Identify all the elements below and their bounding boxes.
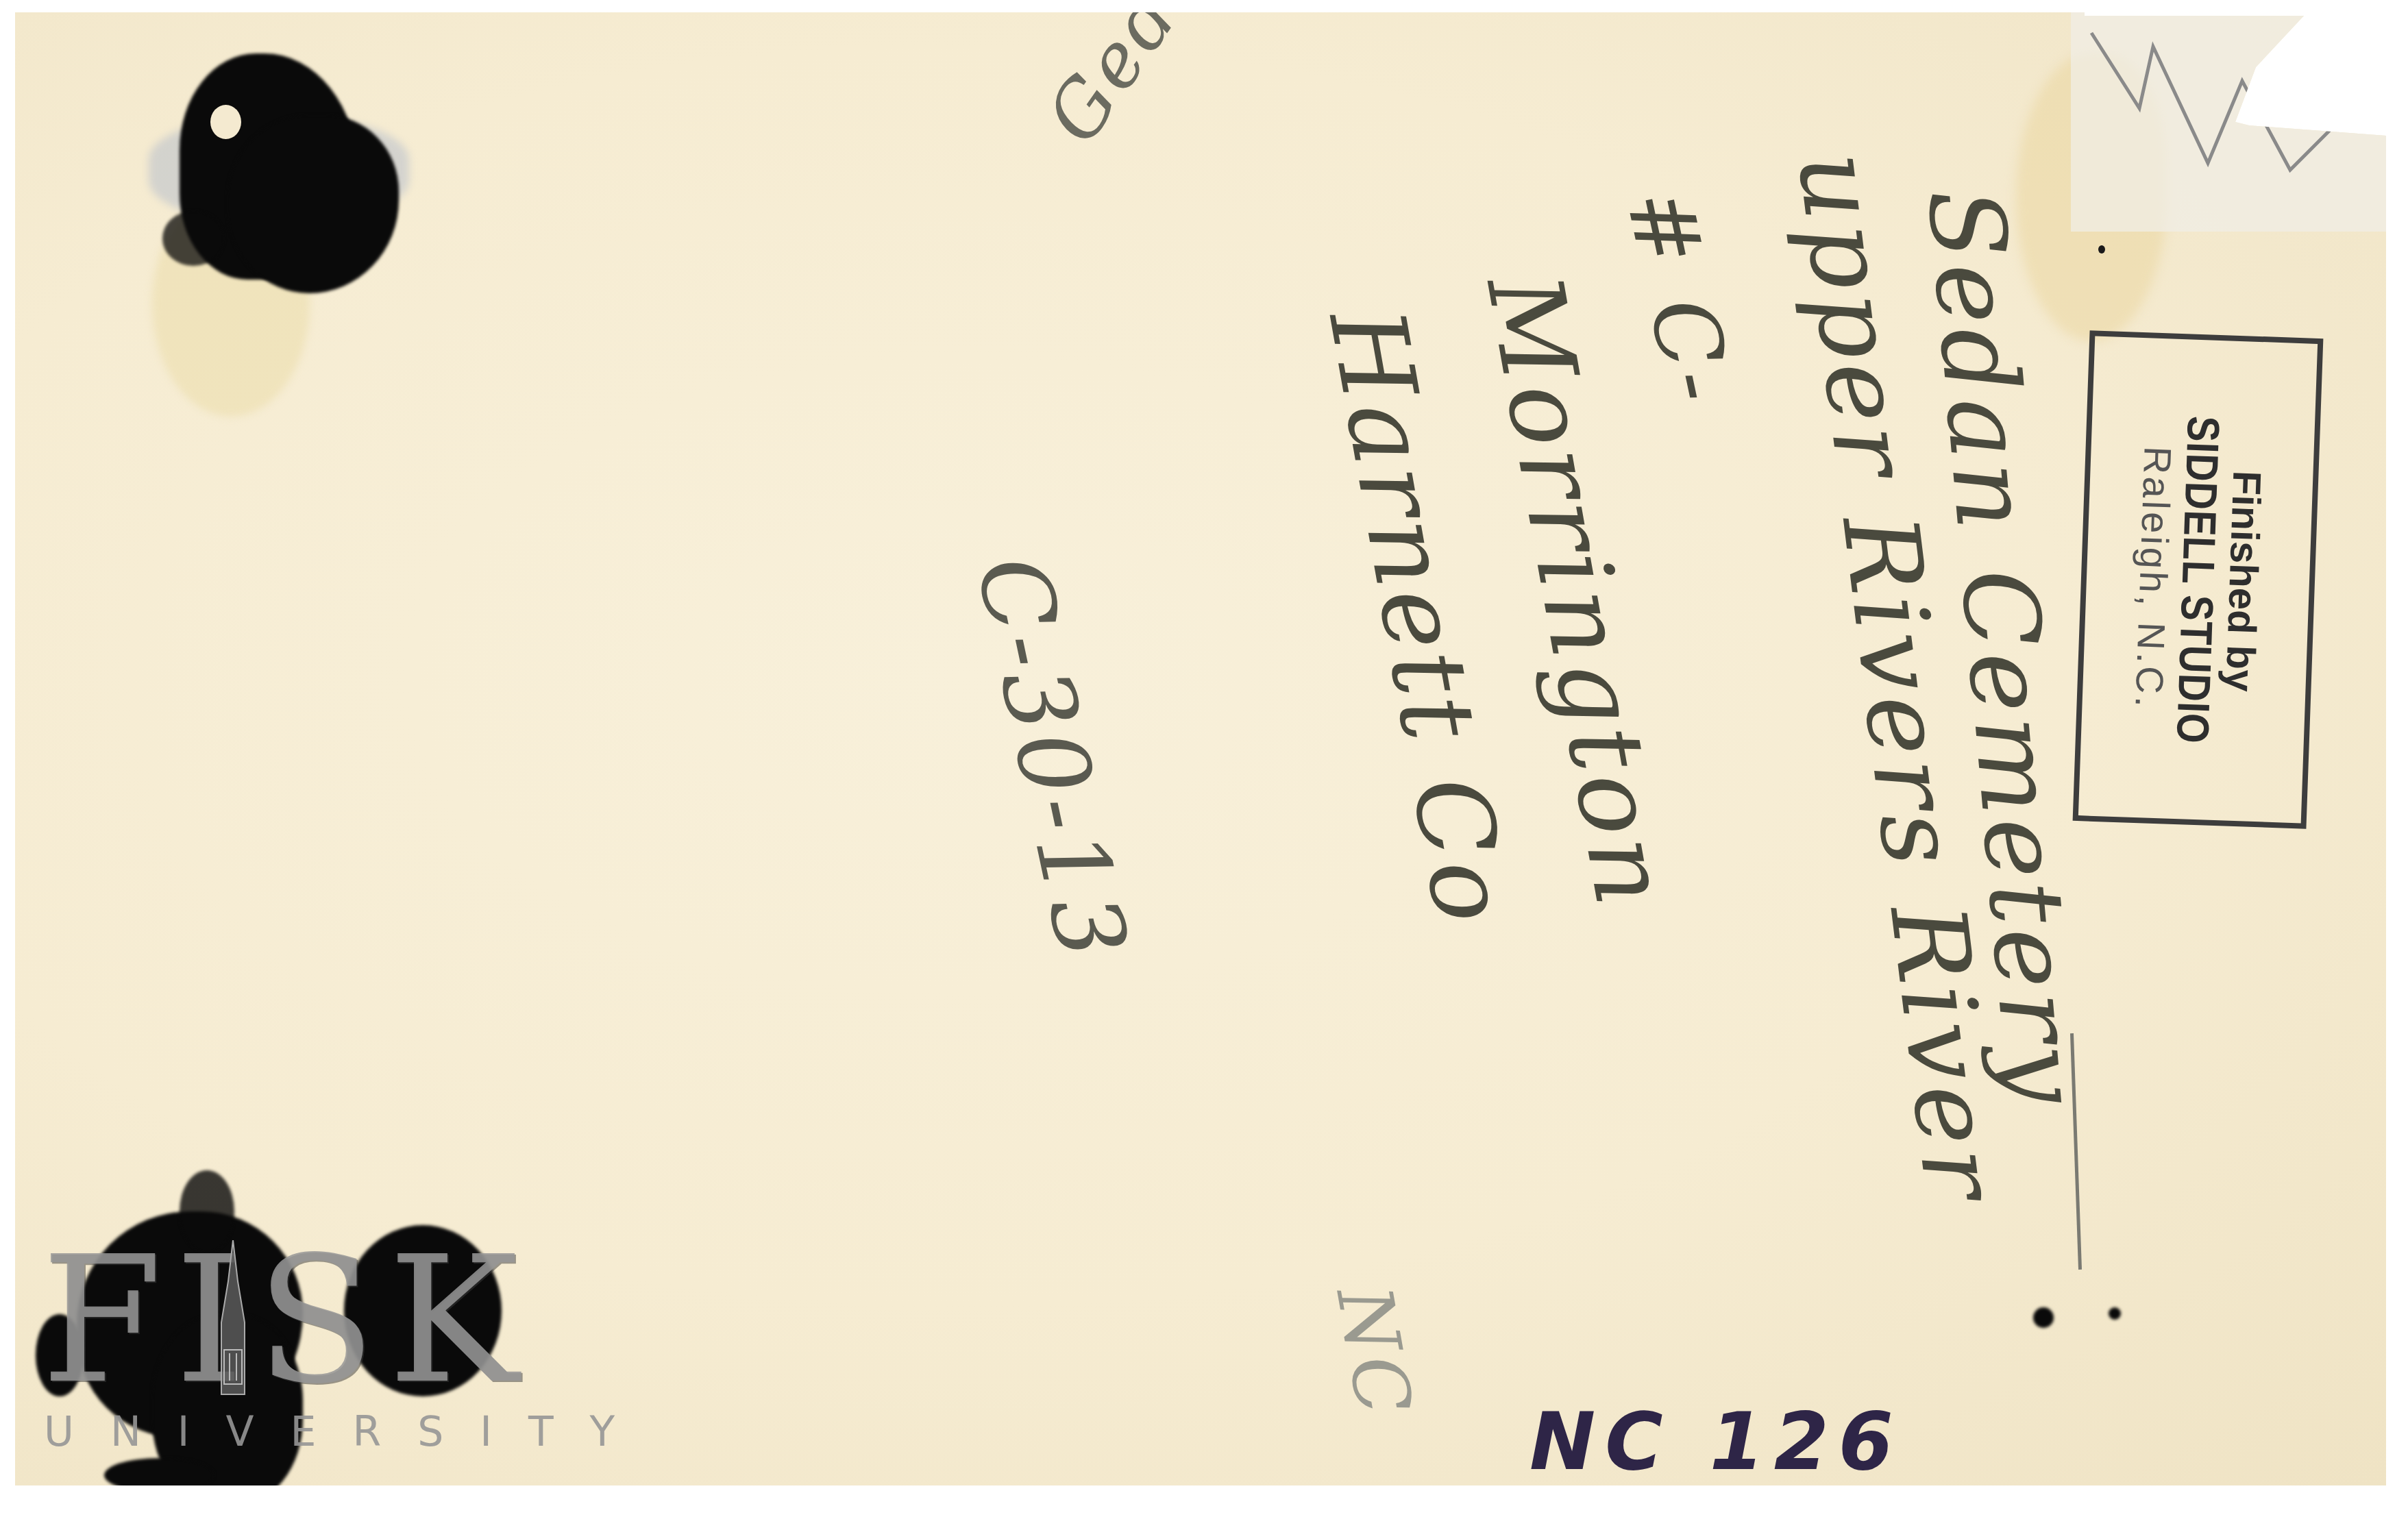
ink-blot-gap [210,105,241,139]
handwriting-line-3: # C- [1606,180,1753,415]
ink-blot [104,1458,214,1492]
fisk-university-watermark: FISK UNIVERSITY [27,1233,589,1459]
ink-speck [2109,1307,2121,1320]
ink-number: NC 126 [1529,1396,1903,1488]
ink-speck [2033,1307,2054,1328]
watermark-subtitle: UNIVERSITY [44,1408,651,1456]
watermark-title: FISK [41,1233,531,1408]
ink-dot [2098,245,2105,254]
pencil-scribble [2078,26,2366,190]
catalog-number: C-30-13 [955,547,1149,972]
corner-initials: Gedh [1029,0,1226,158]
chapel-tower-icon [209,1240,257,1398]
studio-stamp: Finished by SIDDELL STUDIO Raleigh, N.C. [2073,330,2324,828]
ink-blot [162,211,224,266]
ink-blot [228,115,399,293]
stamp-line-studio: SIDDELL STUDIO [2169,415,2228,745]
pencil-note: NC [1320,1280,1429,1425]
